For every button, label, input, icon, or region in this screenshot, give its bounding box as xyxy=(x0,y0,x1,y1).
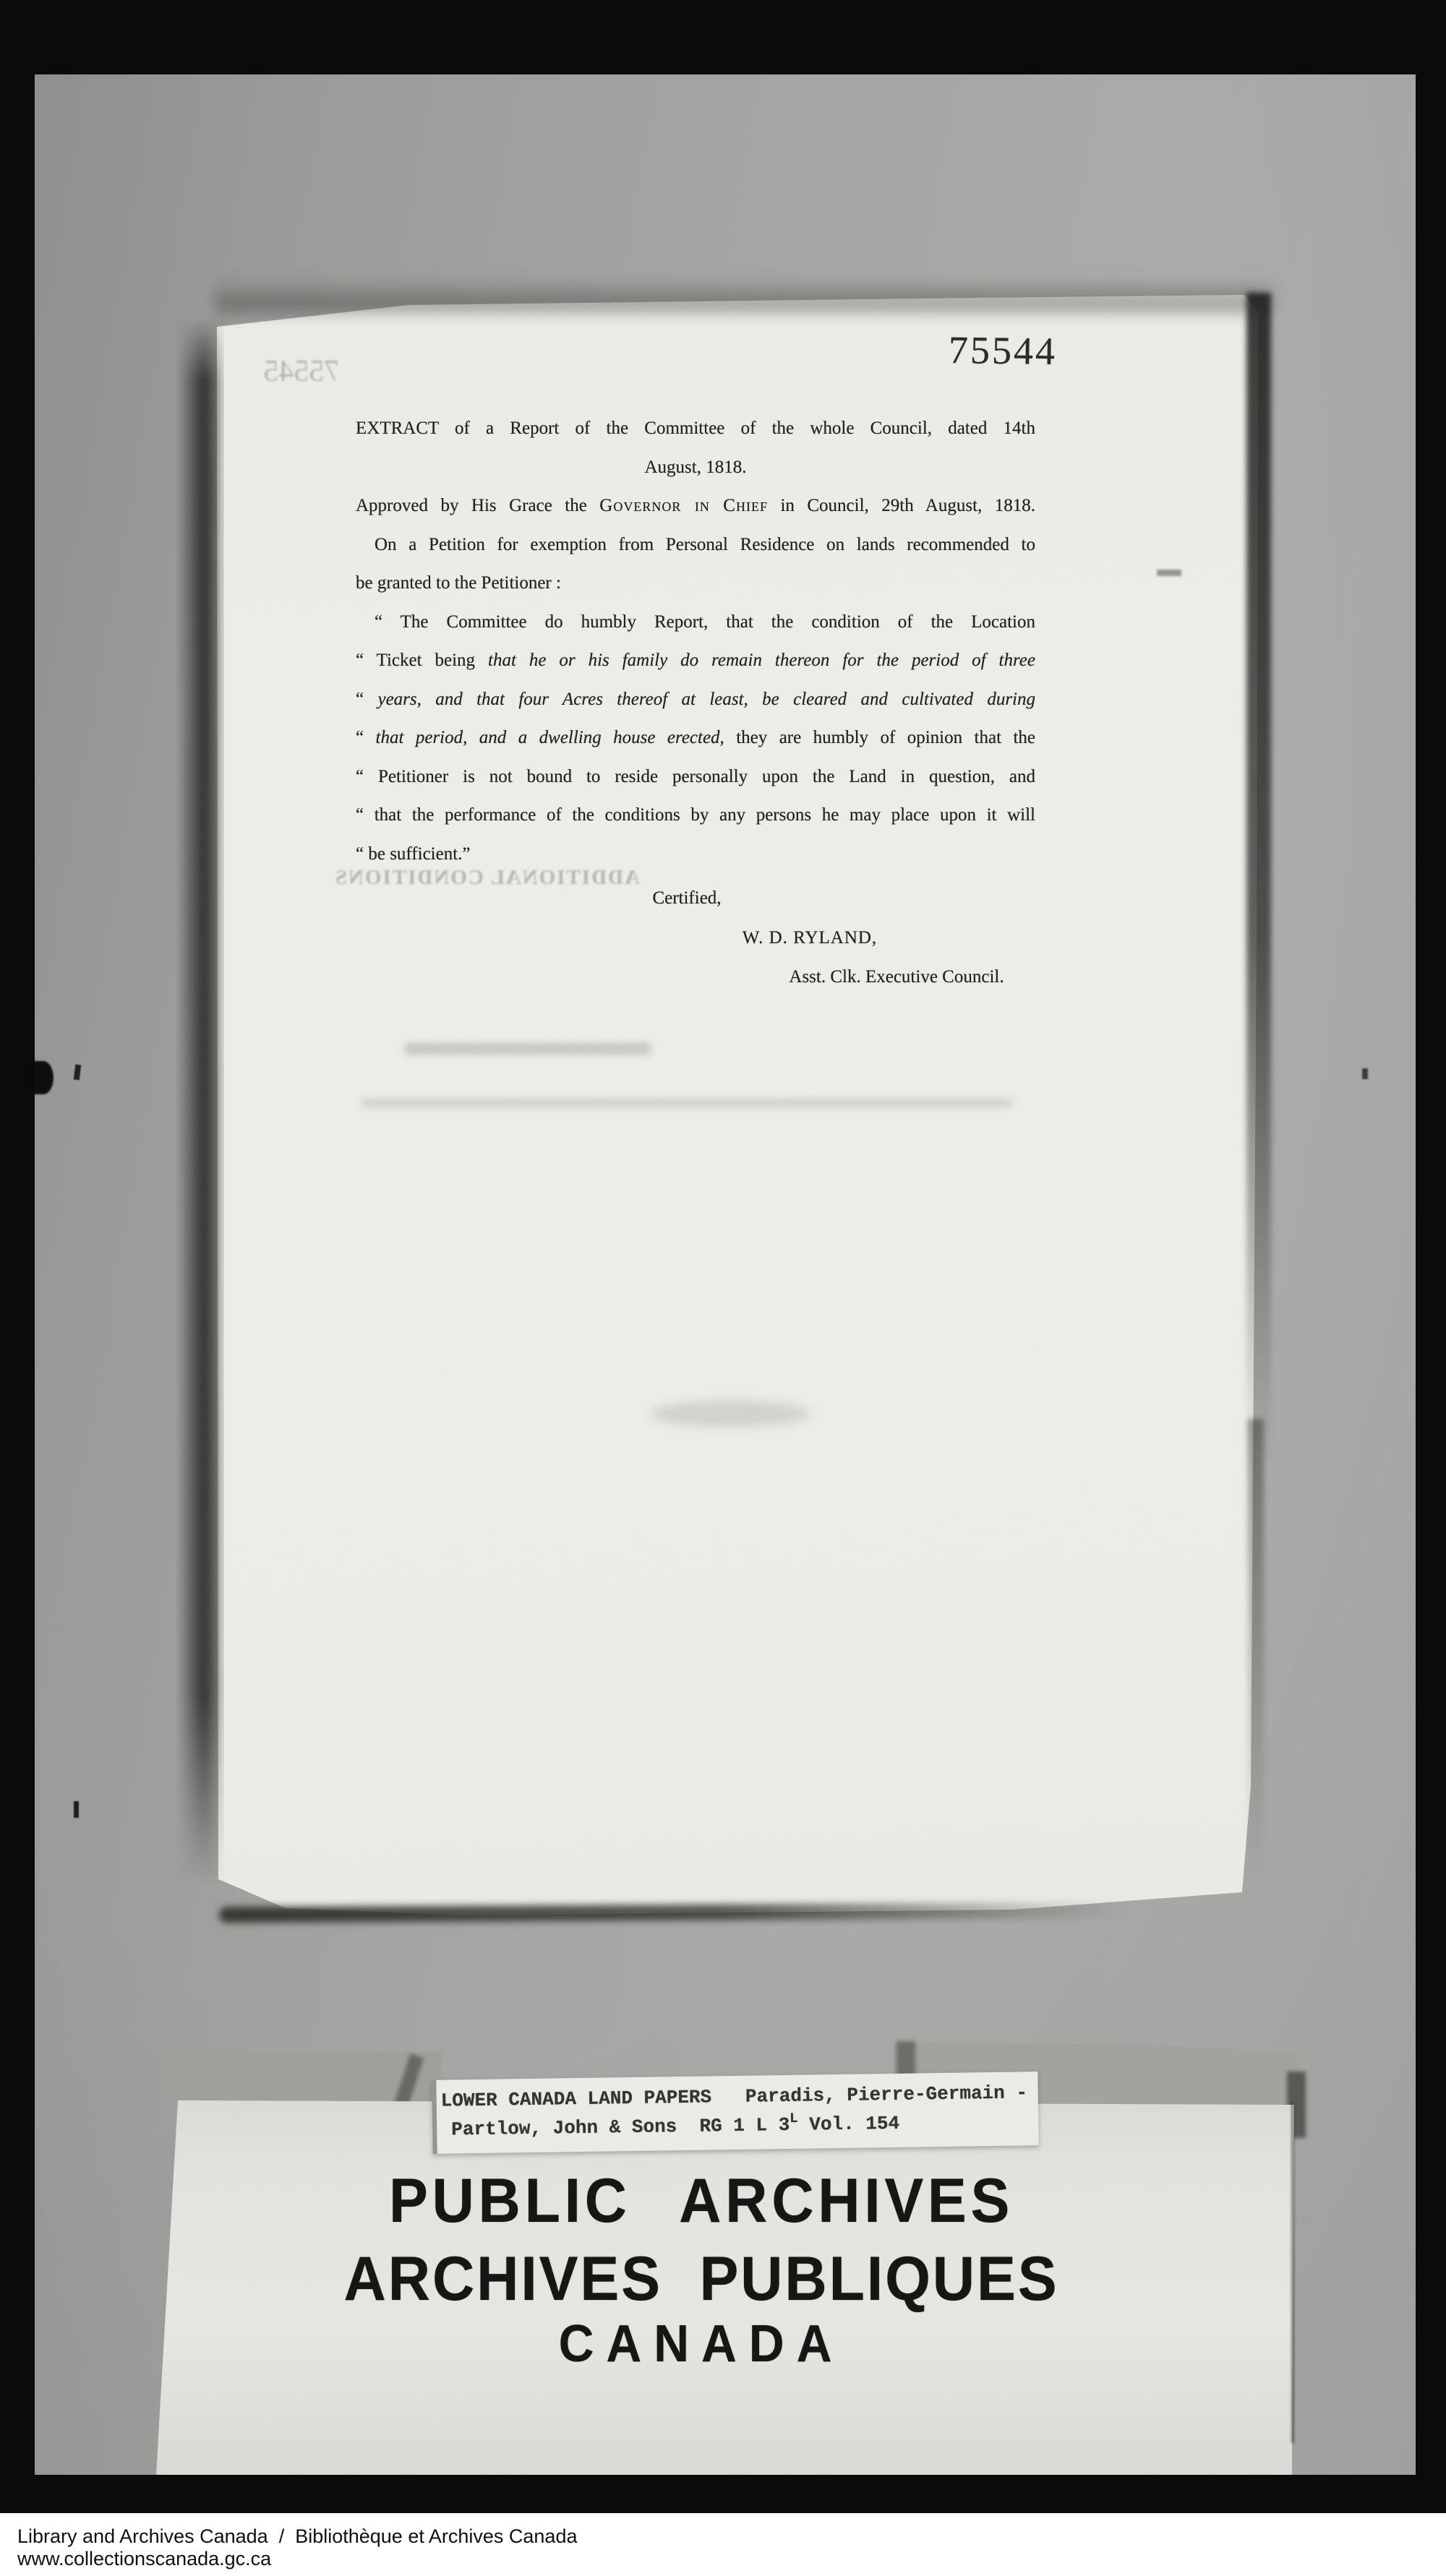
document-line: “ The Committee do humbly Report, that t… xyxy=(356,611,1035,633)
document-text-segment: “ be sufficient.” xyxy=(356,844,471,864)
document-line: “ be sufficient.” xyxy=(356,843,1035,865)
lac-footer-url: www.collectionscanada.gc.ca xyxy=(17,2548,271,2570)
page-left-shadow xyxy=(176,317,224,1886)
archival-scan-page: 75545 ADDITIONAL CONDITIONS 75544 EXTRAC… xyxy=(0,0,1446,2576)
document-text-segment: August, 1818. xyxy=(645,458,747,477)
document-line: August, 1818. xyxy=(356,457,1035,478)
document-line: Approved by His Grace the Governor in Ch… xyxy=(356,495,1035,517)
document-text-segment: “ that the performance of the conditions… xyxy=(356,805,1035,825)
typed-reference-label: LOWER CANADA LAND PAPERS Paradis, Pierre… xyxy=(432,2071,1038,2154)
document-text-segment: “ Petitioner is not bound to reside pers… xyxy=(356,767,1035,786)
label-reference-post: Vol. 154 xyxy=(798,2113,900,2136)
public-archives-title-fr: ARCHIVES PUBLIQUES xyxy=(158,2244,1245,2315)
document-line: “ Petitioner is not bound to reside pers… xyxy=(356,766,1035,788)
document-text-segment: Governor in Chief xyxy=(599,496,768,515)
signature-name: W. D. RYLAND, xyxy=(629,927,991,949)
document-line: “ that period, and a dwelling house erec… xyxy=(356,727,1035,749)
document-line: EXTRACT of a Report of the Committee of … xyxy=(356,418,1035,439)
document-text-segment: “ The Committee do humbly Report, that t… xyxy=(375,612,1035,632)
document-text-segment: Approved by His Grace the xyxy=(356,496,599,515)
certified-line: Certified, xyxy=(506,888,868,909)
label-reference-number: Partlow, John & Sons RG 1 L 3L Vol. 154 xyxy=(451,2113,899,2142)
public-archives-title-en: PUBLIC ARCHIVES xyxy=(158,2165,1245,2237)
document-text-segment: “ Ticket being xyxy=(356,651,488,670)
document-text-segment: be granted to the Petitioner : xyxy=(356,573,561,593)
document-line: “ that the performance of the conditions… xyxy=(356,804,1035,826)
document-text-segment: On a Petition for exemption from Persona… xyxy=(375,535,1035,554)
label-reference-superscript: L xyxy=(790,2111,798,2126)
card-edge-shadow xyxy=(1291,2103,1294,2443)
document-line: On a Petition for exemption from Persona… xyxy=(356,534,1035,556)
document-text-segment: EXTRACT of a Report of the Committee of … xyxy=(356,418,1035,438)
label-series-title: LOWER CANADA LAND PAPERS Paradis, Pierre… xyxy=(441,2082,1028,2111)
label-torn-edge xyxy=(432,2080,437,2154)
document-line: be granted to the Petitioner : xyxy=(356,572,1035,594)
document-text-segment: that period, and a dwelling house erecte… xyxy=(376,728,724,747)
label-reference-pre: Partlow, John & Sons RG 1 L 3 xyxy=(451,2114,790,2141)
signature-title: Asst. Clk. Executive Council. xyxy=(694,966,1099,988)
document-text-segment: that he or his family do remain thereon … xyxy=(488,651,1035,670)
document-text-segment: years, and that four Acres thereof at le… xyxy=(377,690,1035,709)
lac-footer-title: Library and Archives Canada / Bibliothèq… xyxy=(17,2525,577,2548)
document-text-block: EXTRACT of a Report of the Committee of … xyxy=(356,0,1035,1084)
bleedthrough-page-number: 75545 xyxy=(254,354,348,389)
document-line: “ years, and that four Acres thereof at … xyxy=(356,689,1035,710)
document-text-segment: “ xyxy=(356,728,376,747)
document-text-segment: in Council, 29th August, 1818. xyxy=(768,496,1035,515)
document-line: “ Ticket being that he or his family do … xyxy=(356,650,1035,671)
public-archives-canada: CANADA xyxy=(158,2314,1245,2374)
lac-footer: Library and Archives Canada / Bibliothèq… xyxy=(0,2513,1446,2576)
document-text-segment: “ xyxy=(356,690,377,709)
document-text-segment: they are humbly of opinion that the xyxy=(724,728,1035,747)
